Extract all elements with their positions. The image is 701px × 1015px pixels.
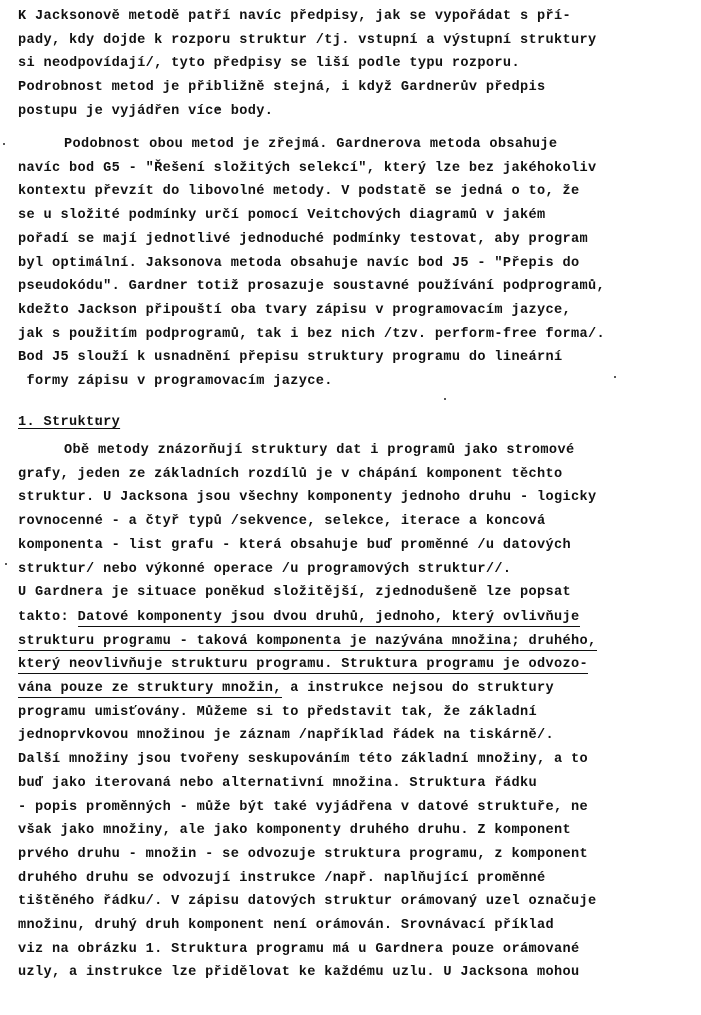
paragraph-4-line: tištěného řádku/. V zápisu datových stru… <box>18 893 597 911</box>
paragraph-1-line: si neodpovídají/, tyto předpisy se liší … <box>18 55 520 73</box>
underlined-text: strukturu programu - taková komponenta j… <box>18 634 597 651</box>
paragraph-4-line: však jako množiny, ale jako komponenty d… <box>18 822 571 840</box>
scanned-document-page: K Jacksonově metodě patří navíc předpisy… <box>0 0 701 1015</box>
scan-speck <box>290 642 292 644</box>
paragraph-2-line: pseudokódu". Gardner totiž prosazuje sou… <box>18 278 605 296</box>
paragraph-2-line: kdežto Jackson připouští oba tvary zápis… <box>18 302 571 320</box>
paragraph-1-line: K Jacksonově metodě patří navíc předpisy… <box>18 8 571 26</box>
underlined-text: vána pouze ze struktury množin, <box>18 681 282 698</box>
paragraph-2-line: Bod J5 slouží k usnadnění přepisu strukt… <box>18 349 562 367</box>
scan-speck <box>5 563 7 565</box>
paragraph-4-line: jednoprvkovou množinou je záznam /napřík… <box>18 727 554 745</box>
paragraph-4-line: Další množiny jsou tvořeny seskupováním … <box>18 751 588 769</box>
paragraph-4-line: buď jako iterovaná nebo alternativní mno… <box>18 775 537 793</box>
paragraph-4-line: uzly, a instrukce lze přidělovat ke každ… <box>18 964 580 982</box>
underlined-line: vána pouze ze struktury množin, a instru… <box>18 680 554 698</box>
paragraph-2-line: jak s použitím podprogramů, tak i bez ni… <box>18 326 605 344</box>
paragraph-2-line: kontextu převzít do libovolné metody. V … <box>18 183 580 201</box>
paragraph-4-line: programu umisťovány. Můžeme si to předst… <box>18 704 537 722</box>
paragraph-3-line: struktur. U Jacksona jsou všechny kompon… <box>18 489 597 507</box>
section-heading: 1. Struktury <box>18 414 120 432</box>
paragraph-3-line: Obě metody znázorňují struktury dat i pr… <box>64 442 574 460</box>
line-prefix: takto: <box>18 610 78 625</box>
paragraph-4-line: prvého druhu - množin - se odvozuje stru… <box>18 846 588 864</box>
paragraph-2-line: navíc bod G5 - "Řešení složitých selekcí… <box>18 160 597 178</box>
scan-speck <box>3 143 5 145</box>
paragraph-2-line: se u složité podmínky určí pomocí Veitch… <box>18 207 545 225</box>
scan-speck <box>614 376 616 378</box>
paragraph-1-line: postupu je vyjádřen více body. <box>18 103 273 121</box>
scan-speck <box>444 398 446 400</box>
underlined-line: strukturu programu - taková komponenta j… <box>18 633 597 651</box>
paragraph-2-line: Podobnost obou metod je zřejmá. Gardnero… <box>64 136 557 154</box>
paragraph-2-line: pořadí se mají jednotlivé jednoduché pod… <box>18 231 588 249</box>
underlined-text: který neovlivňuje strukturu programu. St… <box>18 657 588 674</box>
paragraph-2-line: byl optimální. Jaksonova metoda obsahuje… <box>18 255 580 273</box>
paragraph-4-line: - popis proměnných - může být také vyjád… <box>18 799 588 817</box>
scan-speck <box>97 418 99 420</box>
underlined-line: který neovlivňuje strukturu programu. St… <box>18 656 588 674</box>
paragraph-2-line: formy zápisu v programovacím jazyce. <box>18 373 333 391</box>
paragraph-3-line: U Gardnera je situace poněkud složitější… <box>18 584 571 602</box>
paragraph-4-line: druhého druhu se odvozují instrukce /nap… <box>18 870 545 888</box>
paragraph-3-line: komponenta - list grafu - která obsahuje… <box>18 537 571 555</box>
paragraph-4-line: viz na obrázku 1. Struktura programu má … <box>18 941 580 959</box>
underlined-line: takto: Datové komponenty jsou dvou druhů… <box>18 609 580 627</box>
scan-speck <box>217 108 219 110</box>
paragraph-1-line: Podrobnost metod je přibližně stejná, i … <box>18 79 545 97</box>
paragraph-3-line: struktur/ nebo výkonné operace /u progra… <box>18 561 511 579</box>
paragraph-3-line: rovnocenné - a čtyř typů /sekvence, sele… <box>18 513 545 531</box>
paragraph-1-line: pady, kdy dojde k rozporu struktur /tj. … <box>18 32 597 50</box>
paragraph-3-line: grafy, jeden ze základních rozdílů je v … <box>18 466 562 484</box>
line-suffix: a instrukce nejsou do struktury <box>282 681 554 696</box>
paragraph-4-line: množinu, druhý druh komponent není orámo… <box>18 917 554 935</box>
underlined-text: Datové komponenty jsou dvou druhů, jedno… <box>78 610 580 627</box>
